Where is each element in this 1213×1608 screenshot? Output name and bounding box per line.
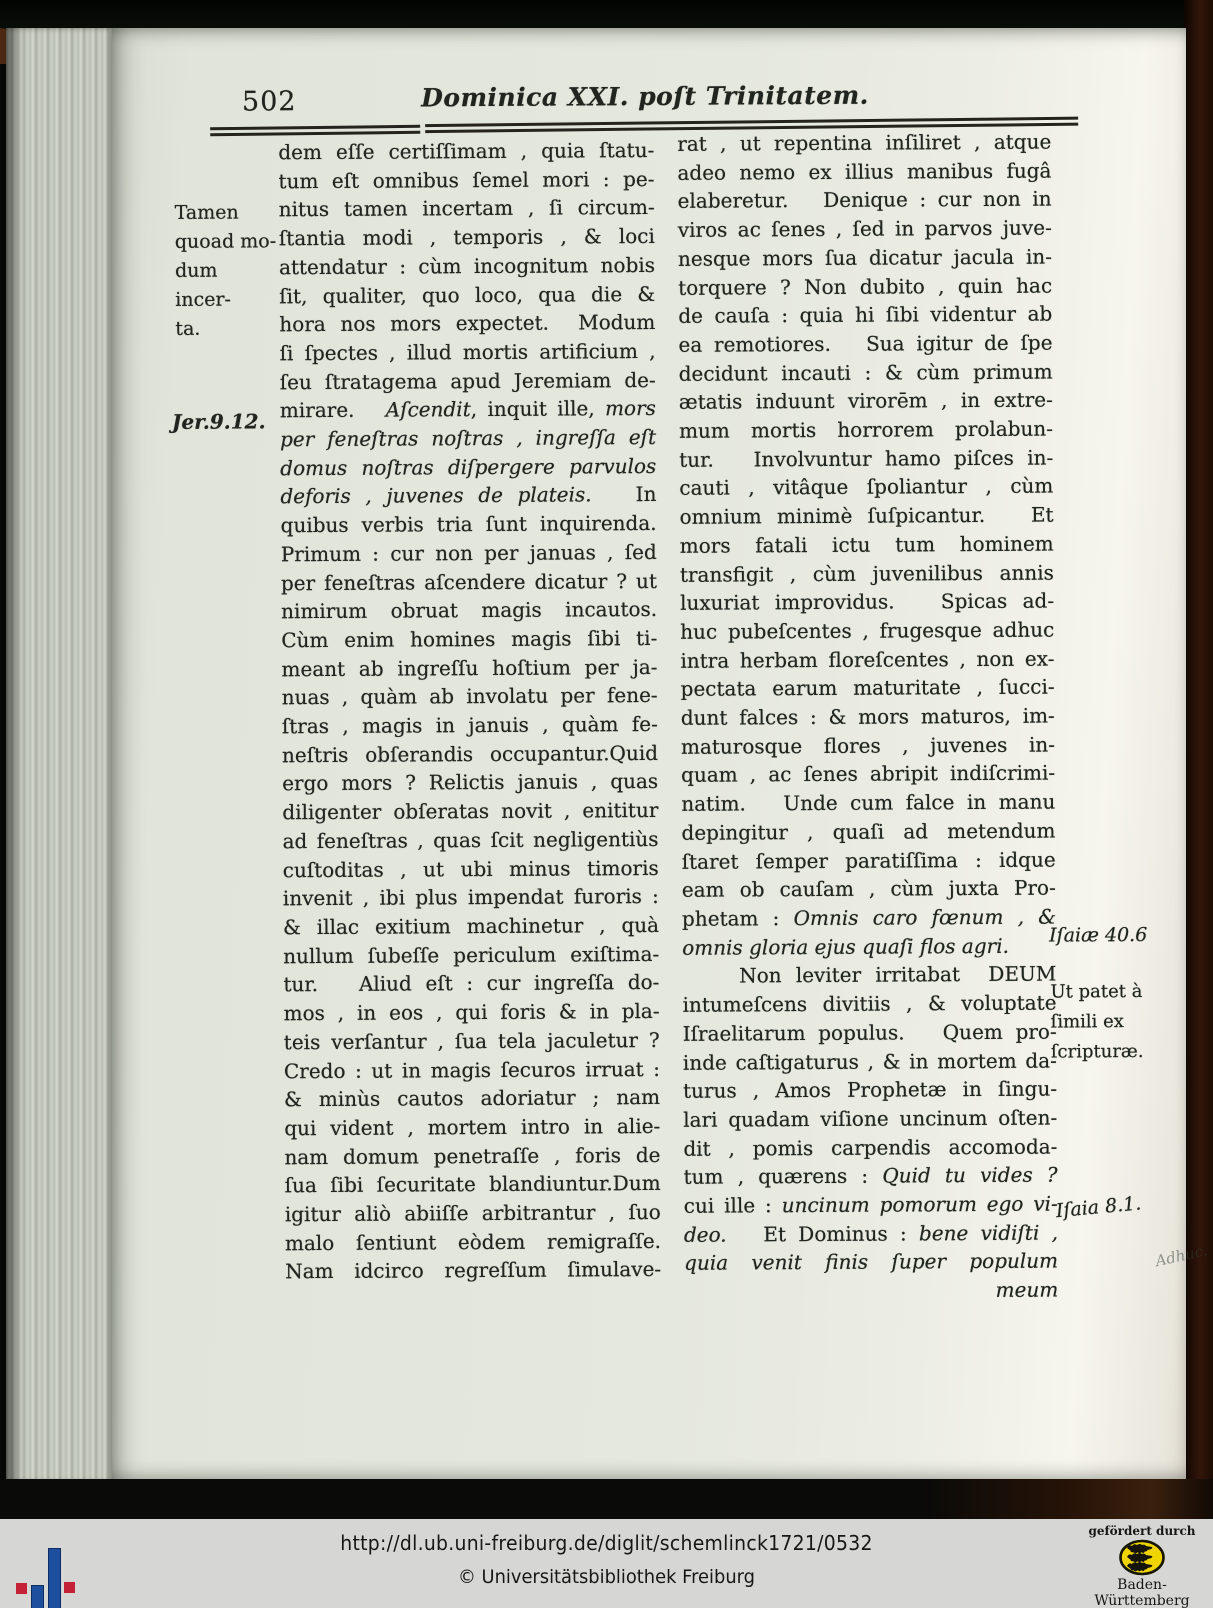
text-line: ad feneſtras , quas ſcit negligentiùs xyxy=(282,825,658,856)
text-line: ſit, qualiter, quo loco, qua die & xyxy=(279,279,655,310)
copyright-notice: © Universitätsbibliothek Freiburg xyxy=(36,1566,1176,1588)
running-header-title: Dominica XXI. poſt Trinitatem. xyxy=(108,79,1182,115)
text-line: inde caſtigaturus , & in mortem da- xyxy=(683,1046,1057,1077)
text-line: eam ob cauſam , cùm juxta Pro- xyxy=(682,874,1056,905)
text-line: nesque mors ſua dicatur jacula in- xyxy=(678,242,1052,273)
text-line: mos , in eos , qui foris & in pla- xyxy=(283,997,659,1028)
text-line: maturosque flores , juvenes in- xyxy=(681,730,1055,761)
text-line: decidunt incauti : & cùm primum xyxy=(679,357,1053,388)
text-line: nullum ſubeſſe periculum exiſtima- xyxy=(283,940,659,971)
text-line: adeo nemo ex illius manibus fugâ xyxy=(677,156,1051,187)
text-line: ſua ſibi ſecuritate blandiuntur.Dum xyxy=(285,1169,661,1200)
text-line: ſeu ſtratagema apud Jeremiam de- xyxy=(280,366,656,397)
text-line: quoad mo- xyxy=(175,227,279,257)
text-line: Ut patet à xyxy=(1050,977,1145,1008)
text-line: teis verſantur , ſua tela jaculetur ? xyxy=(284,1026,660,1057)
text-line: dum incer- xyxy=(175,256,279,315)
text-line: Nam idcirco regreſſum ſimulave- xyxy=(285,1255,661,1286)
margin-note-isaiah-40-ref: Iſaiæ 40.6 xyxy=(1049,921,1147,951)
margin-note-jeremiah-ref: Jer.9.12. xyxy=(172,407,266,437)
text-line: quibus verbis tria ſunt inquirenda. xyxy=(281,509,657,540)
text-line: nam domum penetraſſe , foris de xyxy=(284,1141,660,1172)
text-line: mors fatali ictu tum hominem xyxy=(680,529,1054,560)
region-name: Baden-Württemberg xyxy=(1078,1577,1206,1608)
scanned-book-page-viewer: 502 Dominica XXI. poſt Trinitatem. Tamen… xyxy=(0,0,1213,1608)
text-line: diligenter obſeratas novit , enititur xyxy=(282,796,658,827)
text-line: omnium minimè ſuſpicantur. Et xyxy=(679,501,1053,532)
text-line: neſtris obſerandis occupantur.Quid xyxy=(282,739,658,770)
text-line: tum eſt omnibus ſemel mori : pe- xyxy=(278,165,654,196)
text-line: ſtras , magis in januis , quàm fe- xyxy=(282,710,658,741)
text-line: ſtaret ſemper paratiſſima : idque xyxy=(682,845,1056,876)
text-line: ſcripturæ. xyxy=(1051,1037,1146,1068)
text-line: per feneſtras aſcendere dicatur ? ut xyxy=(281,566,657,597)
text-line: omnis gloria ejus quaſi flos agri. xyxy=(682,931,1056,962)
text-line: natim. Unde cum falce in manu xyxy=(681,788,1055,819)
text-line: mum mortis horrorem prolabun- xyxy=(679,415,1053,446)
text-line: qui vident , mortem intro in alie- xyxy=(284,1112,660,1143)
text-line: ætatis induunt virorēm , in extre- xyxy=(679,386,1053,417)
text-line: transfigit , cùm juvenilibus annis xyxy=(680,558,1054,589)
text-line: rat , ut repentina inſiliret , atque xyxy=(677,128,1051,159)
text-line: cui ille : uncinum pomorum ego vi- xyxy=(684,1190,1058,1221)
margin-note-tamen: Tamenquoad mo-dum incer-ta. xyxy=(175,198,280,344)
text-line: elaberetur. Denique : cur non in xyxy=(678,185,1052,216)
text-line: huc pubeſcentes , frugesque adhuc xyxy=(680,615,1054,646)
text-line: depingitur , quaſi ad metendum xyxy=(681,816,1055,847)
text-line: Primum : cur non per januas , ſed xyxy=(281,538,657,569)
funded-by-label: gefördert durch xyxy=(1078,1524,1206,1538)
text-line: nitus tamen incertam , ſi circum- xyxy=(279,193,655,224)
text-line: turus , Amos Prophetæ in ſingu- xyxy=(683,1075,1057,1106)
text-line: invenit , ibi plus impendat furoris : xyxy=(283,882,659,913)
text-line: viros ac ſenes , ſed in parvos juve- xyxy=(678,214,1052,245)
text-line: deforis , juvenes de plateis. In xyxy=(280,480,656,511)
text-line: ſi ſpectes , illud mortis artificium , xyxy=(279,337,655,368)
text-line: domus noſtras diſpergere parvulos xyxy=(280,452,656,483)
logo-red-square-left xyxy=(16,1583,27,1594)
text-column-right: rat , ut repentina inſiliret , atqueadeo… xyxy=(677,128,1058,1307)
baden-wuerttemberg-coat-of-arms-icon xyxy=(1118,1539,1166,1576)
document-url: http://dl.ub.uni-freiburg.de/diglit/sche… xyxy=(36,1531,1176,1555)
text-line: hora nos mors expectet. Modum xyxy=(279,308,655,339)
scan-background-bottom xyxy=(0,1479,1213,1519)
text-line: nuas , quàm ab involatu per fene- xyxy=(282,681,658,712)
text-line: cuſtoditas , ut ubi minus timoris xyxy=(283,854,659,885)
margin-note-ut-patet: Ut patet àſimili exſcripturæ. xyxy=(1050,977,1146,1068)
text-line: igitur aliò abiiſſe arbitrantur , ſuo xyxy=(285,1198,661,1229)
text-line: cauti , vitâque ſpoliantur , cùm xyxy=(679,472,1053,503)
text-line: phetam : Omnis caro fœnum , & xyxy=(682,903,1056,934)
logo-blue-bar-short xyxy=(31,1585,44,1608)
text-line: de cauſa : quia hi ſibi videntur ab xyxy=(678,300,1052,331)
text-column-left: dem eſſe certiſſimam , quia ſtatu-tum eſ… xyxy=(278,136,661,1286)
text-line: lari quadam viſione uncinum oſten- xyxy=(683,1103,1057,1134)
text-line: Non leviter irritabat DEUM xyxy=(682,960,1056,991)
text-line: deo. Et Dominus : bene vidiſti , xyxy=(684,1218,1058,1249)
text-line: Tamen xyxy=(175,198,279,228)
text-line: intumeſcens divitiis , & voluptate xyxy=(682,989,1056,1020)
text-line: nimirum obruat magis incautos. xyxy=(281,595,657,626)
text-line: ſtantia modi , temporis , & loci xyxy=(279,222,655,253)
header-rule-left xyxy=(210,125,420,137)
text-line: ta. xyxy=(175,314,279,344)
text-line: ſimili ex xyxy=(1051,1007,1146,1038)
text-line: ergo mors ? Relictis januis , quas xyxy=(282,767,658,798)
text-line: ea remotiores. Sua igitur de ſpe xyxy=(678,328,1052,359)
text-line: dit , pomis carpendis accomoda- xyxy=(683,1132,1057,1163)
text-line: meant ab ingreſſu hoſtium per ja- xyxy=(281,653,657,684)
text-line: per feneſtras noſtras , ingreſſa eſt xyxy=(280,423,656,454)
margin-note-isaiah-8-ref: Iſaia 8.1. xyxy=(1055,1189,1143,1226)
text-line: mirare. Aſcendit, inquit ille, mors xyxy=(280,394,656,425)
text-line: dunt falces : & mors maturos, im- xyxy=(681,702,1055,733)
book-page-stack-edge xyxy=(6,28,114,1482)
text-line: malo ſentiunt eòdem remigraſſe. xyxy=(285,1227,661,1258)
page-content: 502 Dominica XXI. poſt Trinitatem. Tamen… xyxy=(108,25,1191,1484)
text-line: tur. Involvuntur hamo piſces in- xyxy=(679,443,1053,474)
text-line: tum , quærens : Quid tu vides ? xyxy=(683,1161,1057,1192)
text-line: dem eſſe certiſſimam , quia ſtatu- xyxy=(278,136,654,167)
text-line: meum xyxy=(684,1276,1058,1307)
funding-block: gefördert durch Baden-Württemberg xyxy=(1078,1524,1206,1608)
text-line: pectata earum maturitate , ſucci- xyxy=(681,673,1055,704)
text-line: quia venit finis ſuper populum xyxy=(684,1247,1058,1278)
text-line: Cùm enim homines magis ſibi ti- xyxy=(281,624,657,655)
text-line: quam , ac ſenes abripit indiſcrimi- xyxy=(681,759,1055,790)
text-line: luxuriat improvidus. Spicas ad- xyxy=(680,587,1054,618)
text-line: Iſraelitarum populus. Quem pro- xyxy=(683,1017,1057,1048)
text-line: tur. Aliud eſt : cur ingreſſa do- xyxy=(283,968,659,999)
text-line: Credo : ut in magis ſecuros irruat : xyxy=(284,1054,660,1085)
text-line: intra herbam floreſcentes , non ex- xyxy=(680,644,1054,675)
text-line: torquere ? Non dubito , quin hac xyxy=(678,271,1052,302)
text-line: attendatur : cùm incognitum nobis xyxy=(279,251,655,282)
text-line: & minùs cautos adoriatur ; nam xyxy=(284,1083,660,1114)
digital-library-footer: http://dl.ub.uni-freiburg.de/diglit/sche… xyxy=(0,1519,1213,1608)
text-line: & illac exitium machinetur , quà xyxy=(283,911,659,942)
